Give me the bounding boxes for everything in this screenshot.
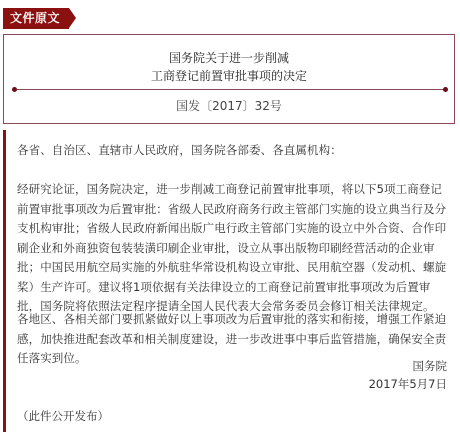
salutation: 各省、自治区、直辖市人民政府，国务院各部委、各直属机构：	[17, 141, 453, 161]
section-tag-label: 文件原文	[10, 11, 60, 25]
paragraph-decision: 经研究论证，国务院决定，进一步削减工商登记前置审批事项，将以下5项工商登记前置审…	[17, 180, 453, 317]
section-tag: 文件原文	[3, 8, 69, 29]
document-title-line-2: 工商登记前置审批事项的决定	[4, 67, 454, 84]
document-body: 各省、自治区、直辖市人民政府，国务院各部委、各直属机构： 经研究论证，国务院决定…	[3, 130, 458, 432]
title-divider	[14, 89, 446, 90]
signatory: 国务院	[413, 358, 448, 374]
document-title-box: 国务院关于进一步削减 工商登记前置审批事项的决定 国发〔2017〕32号	[3, 34, 455, 124]
signing-date: 2017年5月7日	[369, 376, 447, 392]
publication-note: （此件公开发布）	[17, 408, 109, 424]
document-number: 国发〔2017〕32号	[4, 97, 454, 114]
document-title-line-1: 国务院关于进一步削减	[4, 49, 454, 66]
paragraph-implementation: 各地区、各相关部门要抓紧做好以上事项改为后置审批的落实和衔接，增强工作紧迫感，加…	[17, 310, 453, 369]
